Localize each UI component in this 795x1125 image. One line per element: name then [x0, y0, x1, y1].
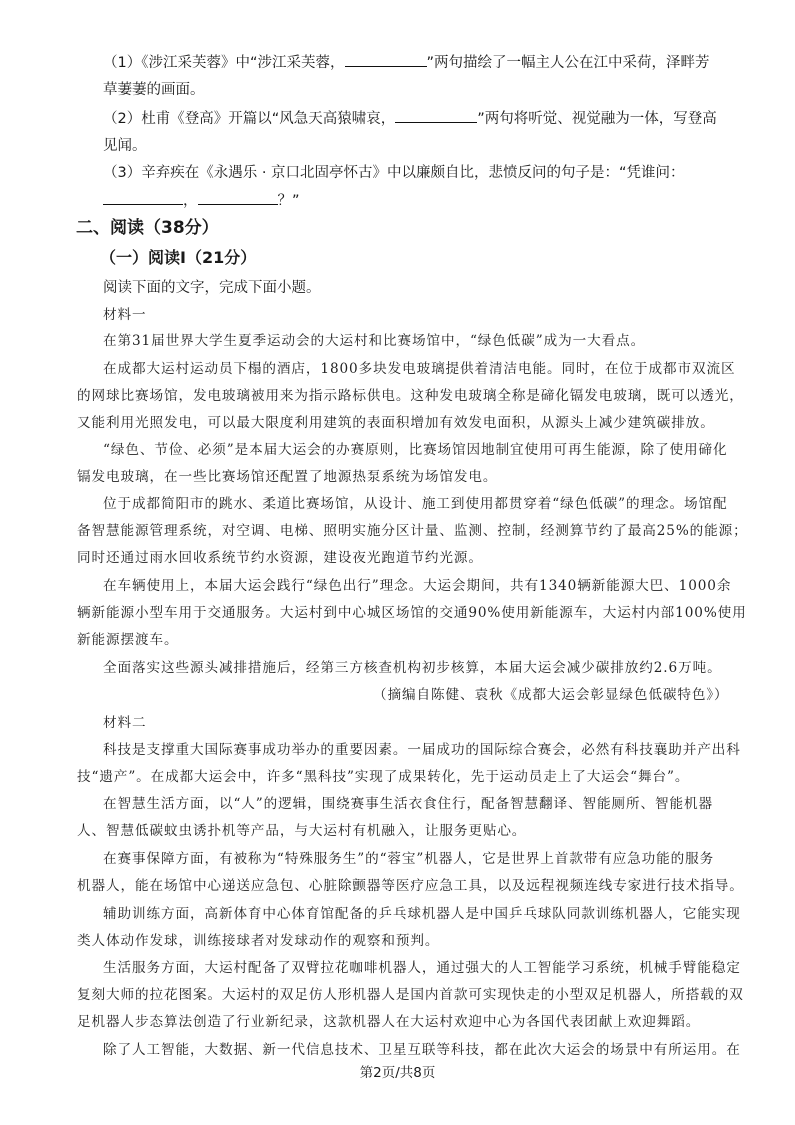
question-1-line-1: （1）《涉江采芙蓉》中“涉江采芙蓉，”两句描绘了一幅主人公在江中采荷，泽畔芳	[103, 52, 710, 73]
material-1-p4-line-2: 备智慧能源管理系统，对空调、电梯、照明实施分区计量、监测、控制，经测算节约了最高…	[77, 521, 748, 541]
question-2-text: （2）杜甫《登高》开篇以“风急天高猿啸哀，	[103, 111, 395, 127]
material-1-p1-line-1: 在第31届世界大学生夏季运动会的大运村和比赛场馆中，“绿色低碳”成为一大看点。	[103, 331, 645, 351]
material-1-p2-line-1: 在成都大运村运动员下榻的酒店，1800多块发电玻璃提供着清洁电能。同时，在位于成…	[103, 359, 735, 379]
material-2-p2-line-1: 在智慧生活方面，以“人”的逻辑，围绕赛事生活衣食住行，配备智慧翻译、智能厕所、智…	[103, 794, 713, 814]
answer-blank	[198, 190, 278, 205]
material-2-label: 材料二	[103, 713, 146, 733]
material-2-p2-line-2: 人、智慧低碳蚊虫诱扑机等产品，与大运村有机融入，让服务更贴心。	[77, 821, 526, 841]
question-1-text: （1）《涉江采芙蓉》中“涉江采芙蓉，	[103, 55, 345, 71]
instruction: 阅读下面的文字，完成下面小题。	[103, 278, 321, 298]
material-2-p4-line-1: 辅助训练方面，高新体育中心体育馆配备的乒乓球机器人是中国乒乓球队同款训练机器人，…	[103, 904, 741, 924]
material-1-p6-line-1: 全面落实这些源头减排措施后，经第三方核查机构初步核算，本届大运会减少碳排放约2.…	[103, 658, 722, 678]
material-2-p5-line-2: 复刻大师的拉花图案。大运村的双足仿人形机器人是国内首款可实现快走的小型双足机器人…	[77, 985, 744, 1005]
material-2-p5-line-1: 生活服务方面，大运村配备了双臂拉花咖啡机器人，通过强大的人工智能学习系统，机械手…	[103, 958, 741, 978]
section-title: 二、阅读（38分）	[76, 218, 219, 238]
question-2-line-2: 见闻。	[103, 136, 147, 156]
material-1-p3-line-1: “绿色、节俭、必须”是本届大运会的办赛原则，比赛场馆因地制宜使用可再生能源，除了…	[103, 440, 727, 460]
material-2-p5-line-3: 足机器人步态算法创造了行业新纪录，这款机器人在大运村欢迎中心为各国代表团献上欢迎…	[77, 1012, 700, 1032]
question-3-end: ？”	[278, 193, 300, 209]
material-1-p3-line-2: 镉发电玻璃，在一些比赛场馆还配置了地源热泵系统为场馆发电。	[77, 467, 497, 487]
material-1-p2-line-3: 又能利用光照发电，可以最大限度利用建筑的表面积增加有效发电面积，从源头上减少建筑…	[77, 413, 715, 433]
page-indicator: 第2页/共8页	[0, 1061, 795, 1081]
exam-page: （1）《涉江采芙蓉》中“涉江采芙蓉，”两句描绘了一幅主人公在江中采荷，泽畔芳 草…	[0, 0, 795, 1125]
material-1-p4-line-1: 位于成都简阳市的跳水、柔道比赛场馆，从设计、施工到使用都贯穿着“绿色低碳”的理念…	[103, 494, 727, 514]
question-2-text-cont: ”两句将听觉、视觉融为一体，写登高	[477, 111, 717, 127]
answer-blank	[103, 190, 183, 205]
material-2-p3-line-1: 在赛事保障方面，有被称为“特殊服务生”的“蓉宝”机器人，它是世界上首款带有应急功…	[103, 849, 714, 869]
separator: ，	[183, 193, 198, 209]
material-1-p5-line-3: 新能源摆渡车。	[77, 630, 178, 650]
question-1-text-cont: ”两句描绘了一幅主人公在江中采荷，泽畔芳	[427, 55, 710, 71]
question-1-line-2: 草萋萋的画面。	[103, 80, 205, 100]
material-2-p1-line-2: 技“遗产”。在成都大运会中，许多“黑科技”实现了成果转化，先于运动员走上了大运会…	[77, 767, 689, 787]
material-2-p1-line-1: 科技是支撑重大国际赛事成功举办的重要因素。一届成功的国际综合赛会，必然有科技襄助…	[103, 740, 741, 760]
section-subtitle: （一）阅读Ⅰ（21分）	[100, 248, 256, 268]
material-2-p6-line-1: 除了人工智能，大数据、新一代信息技术、卫星互联等科技，都在此次大运会的场景中有所…	[103, 1040, 741, 1060]
material-1-p5-line-1: 在车辆使用上，本届大运会践行“绿色出行”理念。大运会期间，共有1340辆新能源大…	[103, 576, 731, 596]
material-1-p5-line-2: 辆新能源小型车用于交通服务。大运村到中心城区场馆的交通90%使用新能源车，大运村…	[77, 603, 747, 623]
material-2-p3-line-2: 机器人，能在场馆中心递送应急包、心脏除颤器等医疗应急工具，以及远程视频连线专家进…	[77, 876, 744, 896]
question-2-line-1: （2）杜甫《登高》开篇以“风急天高猿啸哀，”两句将听觉、视觉融为一体，写登高	[103, 108, 717, 129]
material-1-p2-line-2: 的网球比赛场馆，发电玻璃被用来为指示路标供电。这种发电玻璃全称是碲化镉发电玻璃，…	[77, 386, 744, 406]
material-1-p4-line-3: 同时还通过雨水回收系统节约水资源，建设夜光跑道节约光源。	[77, 548, 483, 568]
question-3-line-1: （3）辛弃疾在《永遇乐 · 京口北固亭怀古》中以廉颇自比，悲愤反问的句子是：“凭…	[103, 163, 685, 183]
question-3-line-2: ，？”	[103, 190, 300, 211]
material-2-p4-line-2: 类人体动作发球，训练接球者对发球动作的观察和预判。	[77, 931, 439, 951]
answer-blank	[345, 52, 427, 67]
answer-blank	[395, 108, 477, 123]
material-1-source: （摘编自陈健、袁秋《成都大运会彰显绿色低碳特色》）	[373, 685, 729, 705]
material-1-label: 材料一	[103, 305, 146, 325]
